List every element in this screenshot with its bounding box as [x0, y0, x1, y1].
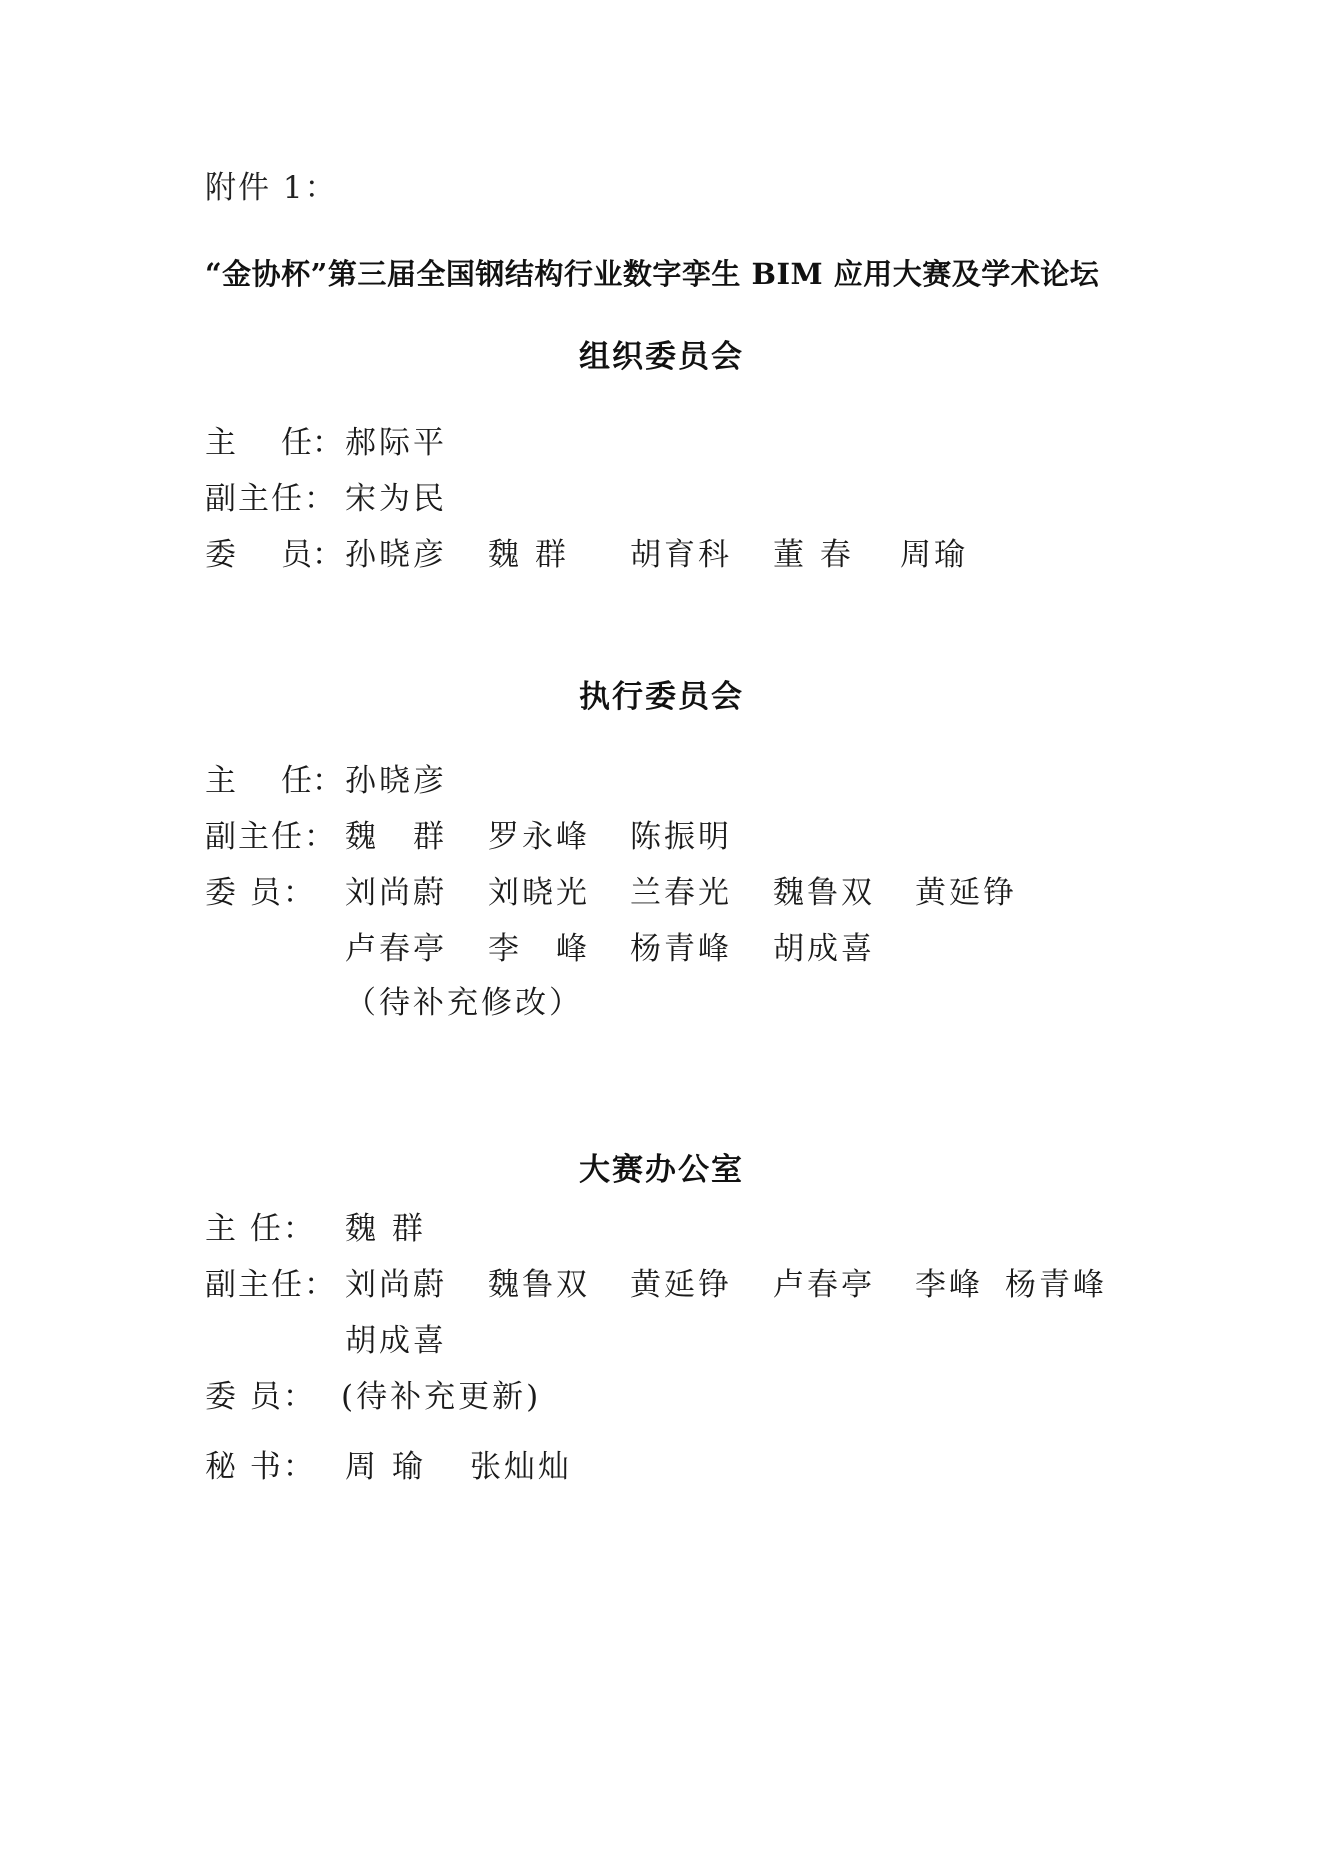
- member-name: 胡成喜: [345, 1319, 447, 1363]
- role-label: 委 员：: [205, 871, 345, 915]
- document-title: “金协杯”第三届全国钢结构行业数字孪生 BIM 应用大赛及学术论坛: [205, 254, 1099, 294]
- member-name: 李峰: [915, 1263, 983, 1307]
- role-label-text: 委 员：: [205, 1375, 316, 1419]
- role-label: 主 任：: [205, 1207, 345, 1251]
- member-name: 刘尚蔚: [345, 871, 447, 915]
- member-name: 刘尚蔚: [345, 1263, 447, 1307]
- document-page: 附件 1： “金协杯”第三届全国钢结构行业数字孪生 BIM 应用大赛及学术论坛 …: [0, 0, 1323, 1871]
- member-name: 兰春光: [630, 871, 732, 915]
- member-name: 刘晓光: [488, 871, 590, 915]
- member-name: 宋为民: [345, 477, 447, 521]
- member-name: 李 峰: [488, 927, 590, 971]
- role-label: 副主任：: [205, 815, 345, 859]
- member-name: 陈振明: [630, 815, 732, 859]
- member-name: 杨青峰: [630, 927, 732, 971]
- role-label-char: 员：: [281, 533, 343, 577]
- role-label-char: 任：: [281, 759, 343, 803]
- member-name: 郝际平: [345, 421, 447, 465]
- member-name: 黄延铮: [630, 1263, 732, 1307]
- member-name: 魏鲁双: [488, 1263, 590, 1307]
- role-label: 委 员：: [205, 1375, 345, 1419]
- member-name: 孙晓彦: [345, 533, 447, 577]
- member-name: 魏鲁双: [773, 871, 875, 915]
- role-label: 主 任：: [205, 421, 345, 465]
- section-heading-executive-committee: 执行委员会: [0, 677, 1323, 717]
- member-name: 魏 群: [345, 815, 447, 859]
- role-label-char: 委: [205, 533, 236, 577]
- attachment-label: 附件 1：: [205, 168, 338, 208]
- member-name: 董 春: [773, 533, 854, 577]
- role-label-text: 秘 书：: [205, 1445, 316, 1489]
- member-name: 胡成喜: [773, 927, 875, 971]
- member-name: 魏 群: [345, 1207, 426, 1251]
- member-name: 黄延铮: [915, 871, 1017, 915]
- role-label-text: 副主任：: [205, 1263, 337, 1307]
- role-label: 秘 书：: [205, 1445, 345, 1489]
- pending-note: (待补充更新): [341, 1375, 541, 1419]
- role-label-char: 任：: [281, 421, 343, 465]
- member-name: 魏 群: [488, 533, 569, 577]
- pending-note: （待补充修改）: [345, 981, 583, 1025]
- section-heading-organizing-committee: 组织委员会: [0, 337, 1323, 377]
- role-label-text: 副主任：: [205, 477, 337, 521]
- role-label: 主 任：: [205, 759, 345, 803]
- role-label: 副主任：: [205, 477, 345, 521]
- member-name: 孙晓彦: [345, 759, 447, 803]
- section-heading-competition-office: 大赛办公室: [0, 1150, 1323, 1190]
- member-name: 罗永峰: [488, 815, 590, 859]
- role-label-char: 主: [205, 421, 236, 465]
- member-name: 周瑜: [900, 533, 968, 577]
- member-name: 杨青峰: [1005, 1263, 1107, 1307]
- role-label-char: 主: [205, 759, 236, 803]
- member-name: 张灿灿: [470, 1445, 572, 1489]
- member-name: 周 瑜: [345, 1445, 426, 1489]
- member-name: 卢春亭: [345, 927, 447, 971]
- role-label-text: 副主任：: [205, 815, 337, 859]
- role-label-text: 委 员：: [205, 871, 316, 915]
- member-name: 卢春亭: [773, 1263, 875, 1307]
- member-name: 胡育科: [630, 533, 732, 577]
- role-label: 委 员：: [205, 533, 345, 577]
- role-label: 副主任：: [205, 1263, 345, 1307]
- role-label-text: 主 任：: [205, 1207, 316, 1251]
